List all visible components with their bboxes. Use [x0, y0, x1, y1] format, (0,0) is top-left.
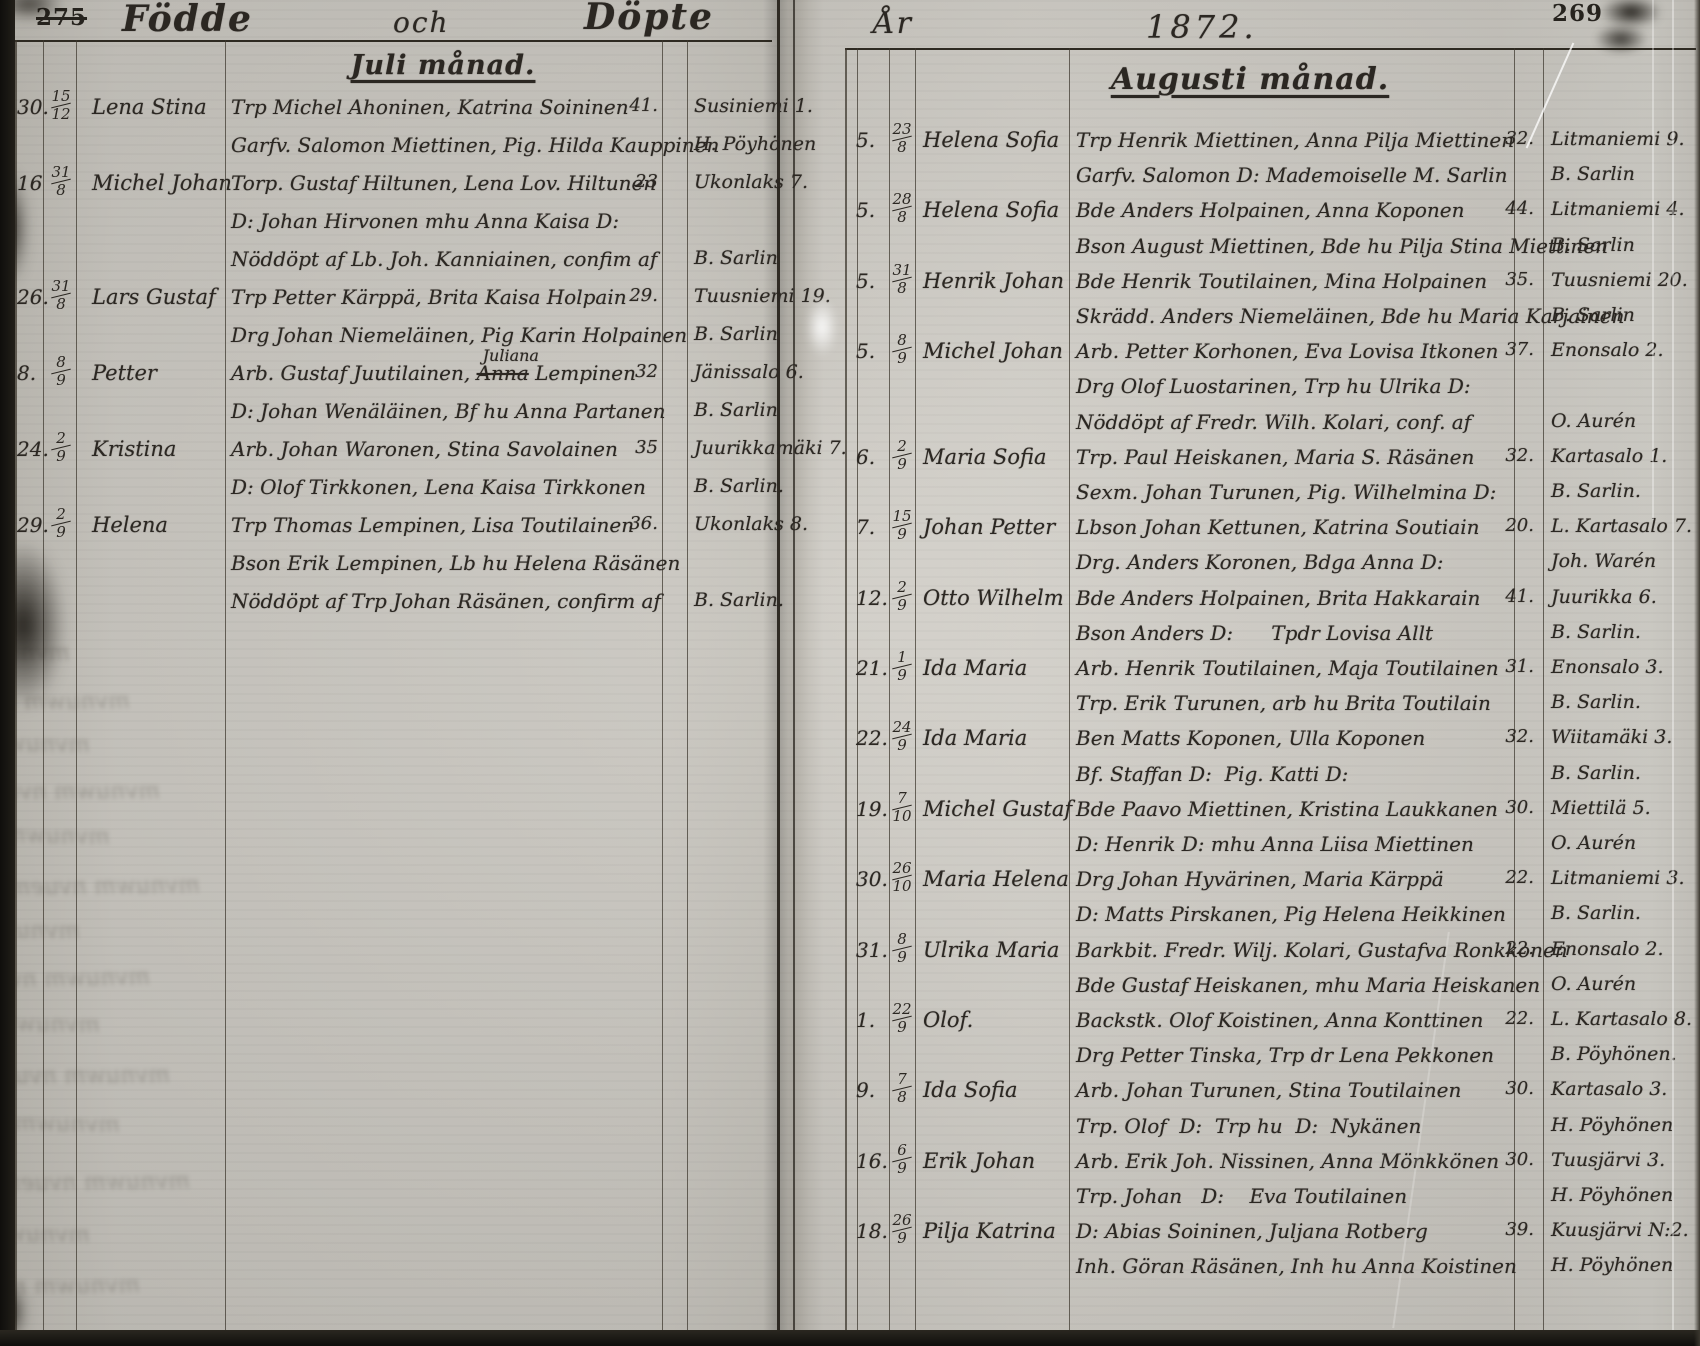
page-gutter-shadow: [763, 0, 809, 1332]
date-month: 9: [888, 668, 916, 683]
header-ar: År: [873, 6, 913, 41]
entry-line: Backstk. Olof Koistinen, Anna Konttinen: [1076, 1008, 1506, 1032]
entry-date: 249: [888, 720, 916, 753]
date-month: 8: [46, 297, 76, 312]
right-month-header: Augusti månad.: [1030, 62, 1470, 97]
entry-line: Trp Michel Ahoninen, Katrina Soininen: [231, 95, 655, 119]
entry-place: L. Kartasalo 7.: [1551, 515, 1697, 537]
entry-date: 29: [888, 439, 916, 472]
date-month: 9: [888, 738, 916, 753]
date-day: 31: [46, 165, 76, 180]
entry-date: 710: [888, 791, 916, 824]
entry-name: Michel Johan: [92, 171, 224, 195]
entry-line: Trp. Paul Heiskanen, Maria S. Räsänen: [1076, 445, 1506, 469]
entry-date: 19: [888, 650, 916, 683]
entry-line: D: Matts Pirskanen, Pig Helena Heikkinen: [1076, 902, 1506, 926]
entry-line: Bde Anders Holpainen, Brita Hakkarain: [1076, 586, 1506, 610]
entry-number: 22.: [856, 726, 886, 750]
entry-place: B. Sarlin.: [1551, 480, 1697, 502]
entry-date: 288: [888, 192, 916, 225]
entry-line: Nöddöpt af Trp Johan Räsänen, confirm af: [231, 589, 655, 613]
entry-name: Ulrika Maria: [923, 938, 1071, 962]
entry-number: 5.: [856, 339, 886, 363]
entry-name: Johan Petter: [923, 515, 1071, 539]
date-month: 12: [46, 107, 76, 122]
entry-place: Ukonlaks 7.: [694, 171, 770, 193]
entry-date: 2610: [888, 861, 916, 894]
entry-place: B. Sarlin: [694, 247, 770, 269]
table-column-line: [687, 40, 688, 1330]
date-month: 8: [888, 1090, 916, 1105]
gutter-line: [793, 0, 795, 1332]
entry-line: Trp. Erik Turunen, arb hu Brita Toutilai…: [1076, 691, 1506, 715]
entry-line: Lbson Johan Kettunen, Katrina Soutiain: [1076, 515, 1506, 539]
entry-place: B. Sarlin.: [1551, 691, 1697, 713]
entry-place: B. Pöyhönen.: [1551, 1043, 1697, 1065]
entry-line: Bson Erik Lempinen, Lb hu Helena Räsänen: [231, 551, 655, 575]
date-day: 22: [888, 1002, 916, 1017]
date-day: 2: [888, 439, 916, 454]
entry-place: O. Aurén: [1551, 410, 1697, 432]
entry-line: Garfv. Salomon Miettinen, Pig. Hilda Kau…: [231, 133, 655, 157]
entry-line: Drg. Anders Koronen, Bdga Anna D:: [1076, 550, 1506, 574]
entry-number: 16.: [856, 1149, 886, 1173]
date-day: 26: [888, 861, 916, 876]
corrected-word: AnnaJuliana: [477, 361, 529, 385]
entry-name: Lars Gustaf: [92, 285, 224, 309]
scan-edge: [0, 0, 15, 1346]
entry-date: 1512: [46, 89, 76, 122]
gutter-line: [777, 0, 780, 1332]
entry-date: 89: [888, 333, 916, 366]
entry-date: 29: [46, 507, 76, 540]
date-day: 15: [888, 509, 916, 524]
scan-edge: [0, 1330, 1700, 1346]
ink-smudge: [1594, 24, 1648, 54]
entry-number: 29.: [17, 513, 43, 537]
entry-number: 30.: [856, 867, 886, 891]
entry-number: 1.: [856, 1008, 886, 1032]
entry-line: D: Henrik D: mhu Anna Liisa Miettinen: [1076, 832, 1506, 856]
entry-place: Tuusniemi 19.: [694, 285, 770, 307]
entry-date: 29: [46, 431, 76, 464]
entry-date: 318: [888, 263, 916, 296]
entry-line: Arb. Johan Waronen, Stina Savolainen: [231, 437, 655, 461]
header-dopte: Döpte: [584, 0, 714, 38]
entry-name: Ida Maria: [923, 656, 1071, 680]
entry-line: Nöddöpt af Lb. Joh. Kanniainen, confim a…: [231, 247, 655, 271]
entry-date: 238: [888, 122, 916, 155]
entry-place: Litmaniemi 3.: [1551, 867, 1697, 889]
date-day: 8: [46, 355, 76, 370]
entry-place: Enonsalo 2.: [1551, 938, 1697, 960]
left-month-header: Juli månad.: [231, 50, 655, 81]
date-month: 9: [46, 449, 76, 464]
entry-line-text: Arb. Gustaf Juutilainen,: [231, 361, 477, 385]
entry-place: B. Sarlin: [1551, 304, 1697, 326]
date-month: 9: [46, 373, 76, 388]
entry-number: 12.: [856, 586, 886, 610]
entry-place: Enonsalo 2.: [1551, 339, 1697, 361]
entry-place: Ukonlaks 8.: [694, 513, 770, 535]
entry-date: 89: [888, 932, 916, 965]
entry-number: 18.: [856, 1219, 886, 1243]
entry-number: 24.: [17, 437, 43, 461]
table-column-line: [889, 48, 890, 1330]
header-fodde: Födde: [122, 0, 253, 40]
entry-line: Arb. Erik Joh. Nissinen, Anna Mönkkönen: [1076, 1149, 1506, 1173]
entry-name: Henrik Johan: [923, 269, 1071, 293]
entry-line: Inh. Göran Räsänen, Inh hu Anna Koistine…: [1076, 1254, 1506, 1278]
date-month: 9: [888, 1161, 916, 1176]
entry-place: B. Sarlin: [1551, 163, 1697, 185]
entry-name: Michel Johan: [923, 339, 1071, 363]
entry-line: Arb. Henrik Toutilainen, Maja Toutilaine…: [1076, 656, 1506, 680]
entry-line: D: Olof Tirkkonen, Lena Kaisa Tirkkonen: [231, 475, 655, 499]
church-record-scan: Födde och Döpte År 1872. 275 269 Juli må…: [0, 0, 1700, 1346]
entry-date: 229: [888, 1002, 916, 1035]
entry-place: L. Kartasalo 8.: [1551, 1008, 1697, 1030]
entry-name: Olof.: [923, 1008, 1071, 1032]
entry-line: Bson August Miettinen, Bde hu Pilja Stin…: [1076, 234, 1506, 258]
entry-line: Drg Johan Niemeläinen, Pig Karin Holpain…: [231, 323, 655, 347]
entry-line: Arb. Johan Turunen, Stina Toutilainen: [1076, 1078, 1506, 1102]
entry-line: Trp. Olof D: Trp hu D: Nykänen: [1076, 1114, 1506, 1138]
entry-place: B. Sarlin.: [1551, 902, 1697, 924]
entry-place: Kartasalo 1.: [1551, 445, 1697, 467]
date-day: 7: [888, 791, 916, 806]
entry-line: Skrädd. Anders Niemeläinen, Bde hu Maria…: [1076, 304, 1506, 328]
entry-place: Joh. Warén: [1551, 550, 1697, 572]
entry-place: H. Pöyhönen: [1551, 1254, 1697, 1276]
entry-line: Bf. Staffan D: Pig. Katti D:: [1076, 762, 1506, 786]
entry-number: 5.: [856, 269, 886, 293]
date-month: 9: [888, 598, 916, 613]
entry-date: 29: [888, 580, 916, 613]
date-month: 10: [888, 809, 916, 824]
entry-line: Barkbit. Fredr. Wilj. Kolari, Gustafva R…: [1076, 938, 1506, 962]
inserted-word: Juliana: [483, 346, 539, 365]
entry-name: Pilja Katrina: [923, 1219, 1071, 1243]
header-year: 1872.: [1146, 8, 1258, 46]
entry-place: Miettilä 5.: [1551, 797, 1697, 819]
table-column-line: [915, 48, 916, 1330]
entry-place: Jänissalo 6.: [694, 361, 770, 383]
entry-line: Nöddöpt af Fredr. Wilh. Kolari, conf. af: [1076, 410, 1506, 434]
entry-line: Drg Johan Hyvärinen, Maria Kärppä: [1076, 867, 1506, 891]
entry-place: Kartasalo 3.: [1551, 1078, 1697, 1100]
entry-place: Juurikkamäki 7.: [694, 437, 770, 459]
entry-name: Ida Sofia: [923, 1078, 1071, 1102]
entry-name: Helena: [92, 513, 224, 537]
entry-number: 6.: [856, 445, 886, 469]
date-month: 9: [46, 525, 76, 540]
date-day: 26: [888, 1213, 916, 1228]
entry-number: 26.: [17, 285, 43, 309]
entry-name: Otto Wilhelm: [923, 586, 1071, 610]
entry-name: Helena Sofia: [923, 128, 1071, 152]
date-day: 2: [46, 431, 76, 446]
date-day: 31: [888, 263, 916, 278]
date-month: 8: [888, 210, 916, 225]
entry-date: 78: [888, 1072, 916, 1105]
entry-number: 9.: [856, 1078, 886, 1102]
entry-line: Arb. Petter Korhonen, Eva Lovisa Itkonen: [1076, 339, 1506, 363]
entry-place: Kuusjärvi N:2.: [1551, 1219, 1697, 1241]
date-day: 1: [888, 650, 916, 665]
date-month: 9: [888, 457, 916, 472]
entry-place: B. Sarlin.: [694, 589, 770, 611]
date-month: 9: [888, 1231, 916, 1246]
entry-name: Ida Maria: [923, 726, 1071, 750]
entry-place: B. Sarlin.: [694, 475, 770, 497]
entry-number: 31.: [856, 938, 886, 962]
entry-place: H. Pöyhönen: [1551, 1184, 1697, 1206]
table-column-line: [845, 48, 847, 1330]
entry-number: 5.: [856, 198, 886, 222]
entry-place: Susiniemi 1.: [694, 95, 770, 117]
entry-date: 89: [46, 355, 76, 388]
entry-line: Drg Olof Luostarinen, Trp hu Ulrika D:: [1076, 374, 1506, 398]
entry-place: B. Sarlin: [694, 399, 770, 421]
entry-name: Helena Sofia: [923, 198, 1071, 222]
entry-place: B. Sarlin: [694, 323, 770, 345]
table-column-line: [662, 40, 663, 1330]
left-header-rule: [15, 40, 772, 42]
date-month: 9: [888, 351, 916, 366]
entry-line: Trp Petter Kärppä, Brita Kaisa Holpain: [231, 285, 655, 309]
entry-line: Bde Henrik Toutilainen, Mina Holpainen: [1076, 269, 1506, 293]
paper-flaw-spot: [806, 298, 838, 356]
table-column-line: [1069, 48, 1070, 1330]
entry-date: 318: [46, 279, 76, 312]
entry-place: H. Pöyhönen: [1551, 1114, 1697, 1136]
entry-date: 69: [888, 1143, 916, 1176]
entry-place: B. Sarlin.: [1551, 621, 1697, 643]
entry-place: B. Sarlin.: [1551, 762, 1697, 784]
entry-number: 8.: [17, 361, 43, 385]
entry-line: Bde Paavo Miettinen, Kristina Laukkanen: [1076, 797, 1506, 821]
header-och: och: [393, 6, 450, 39]
date-month: 9: [888, 527, 916, 542]
entry-place: B. Sarlin: [1551, 234, 1697, 256]
entry-line: Bde Anders Holpainen, Anna Koponen: [1076, 198, 1506, 222]
date-day: 31: [46, 279, 76, 294]
date-day: 2: [888, 580, 916, 595]
table-column-line: [857, 48, 858, 1330]
entry-line: Arb. Gustaf Juutilainen, AnnaJuliana Lem…: [231, 361, 655, 385]
entry-place: Litmaniemi 4.: [1551, 198, 1697, 220]
entry-name: Kristina: [92, 437, 224, 461]
scratch-line: [1672, 0, 1674, 1332]
entry-place: O. Aurén: [1551, 832, 1697, 854]
entry-place: H. Pöyhönen: [694, 133, 770, 155]
entry-line: Ben Matts Koponen, Ulla Koponen: [1076, 726, 1506, 750]
date-month: 8: [888, 281, 916, 296]
entry-name: Maria Sofia: [923, 445, 1071, 469]
entry-line: Trp Thomas Lempinen, Lisa Toutilainen: [231, 513, 655, 537]
entry-place: Enonsalo 3.: [1551, 656, 1697, 678]
entry-place: Juurikka 6.: [1551, 586, 1697, 608]
date-month: 9: [888, 1020, 916, 1035]
entry-line: Drg Petter Tinska, Trp dr Lena Pekkonen: [1076, 1043, 1506, 1067]
scratch-line: [1652, 0, 1654, 520]
entry-number: 19.: [856, 797, 886, 821]
date-day: 8: [888, 932, 916, 947]
date-month: 8: [46, 183, 76, 198]
date-month: 8: [888, 140, 916, 155]
table-column-line: [225, 40, 226, 1330]
entry-number: 21.: [856, 656, 886, 680]
right-page-number: 269: [1552, 0, 1603, 27]
entry-line: Garfv. Salomon D: Mademoiselle M. Sarlin: [1076, 163, 1506, 187]
entry-line: Trp Henrik Miettinen, Anna Pilja Miettin…: [1076, 128, 1506, 152]
date-day: 6: [888, 1143, 916, 1158]
entry-date: 269: [888, 1213, 916, 1246]
entry-place: Tuusjärvi 3.: [1551, 1149, 1697, 1171]
scan-edge: [1694, 0, 1700, 1346]
entry-name: Maria Helena: [923, 867, 1071, 891]
date-day: 24: [888, 720, 916, 735]
entry-place: Wiitamäki 3.: [1551, 726, 1697, 748]
bleed-through-line: mvnuwm nvuem nmuv wnuvme mnvu nwme uvnm …: [0, 778, 160, 808]
entry-number: 5.: [856, 128, 886, 152]
entry-name: Michel Gustaf: [923, 797, 1071, 821]
date-day: 15: [46, 89, 76, 104]
entry-line: Trp. Johan D: Eva Toutilainen: [1076, 1184, 1506, 1208]
entry-line: Bson Anders D: Tpdr Lovisa Allt: [1076, 621, 1506, 645]
entry-number: 7.: [856, 515, 886, 539]
entry-name: Lena Stina: [92, 95, 224, 119]
date-month: 9: [888, 950, 916, 965]
date-day: 8: [888, 333, 916, 348]
entry-name: Petter: [92, 361, 224, 385]
entry-date: 159: [888, 509, 916, 542]
entry-line: D: Johan Hirvonen mhu Anna Kaisa D:: [231, 209, 655, 233]
date-day: 2: [46, 507, 76, 522]
date-day: 7: [888, 1072, 916, 1087]
entry-number: 30.: [17, 95, 43, 119]
entry-date: 318: [46, 165, 76, 198]
entry-place: Litmaniemi 9.: [1551, 128, 1697, 150]
entry-place: Tuusniemi 20.: [1551, 269, 1697, 291]
entry-line: D: Abias Soininen, Juljana Rotberg: [1076, 1219, 1506, 1243]
entry-place: O. Aurén: [1551, 973, 1697, 995]
date-day: 23: [888, 122, 916, 137]
entry-line-text: Lempinen: [529, 361, 636, 385]
entry-name: Erik Johan: [923, 1149, 1071, 1173]
entry-line: Torp. Gustaf Hiltunen, Lena Lov. Hiltune…: [231, 171, 655, 195]
entry-line: Sexm. Johan Turunen, Pig. Wilhelmina D:: [1076, 480, 1506, 504]
date-month: 10: [888, 879, 916, 894]
date-day: 28: [888, 192, 916, 207]
entry-line: D: Johan Wenäläinen, Bf hu Anna Partanen: [231, 399, 655, 423]
